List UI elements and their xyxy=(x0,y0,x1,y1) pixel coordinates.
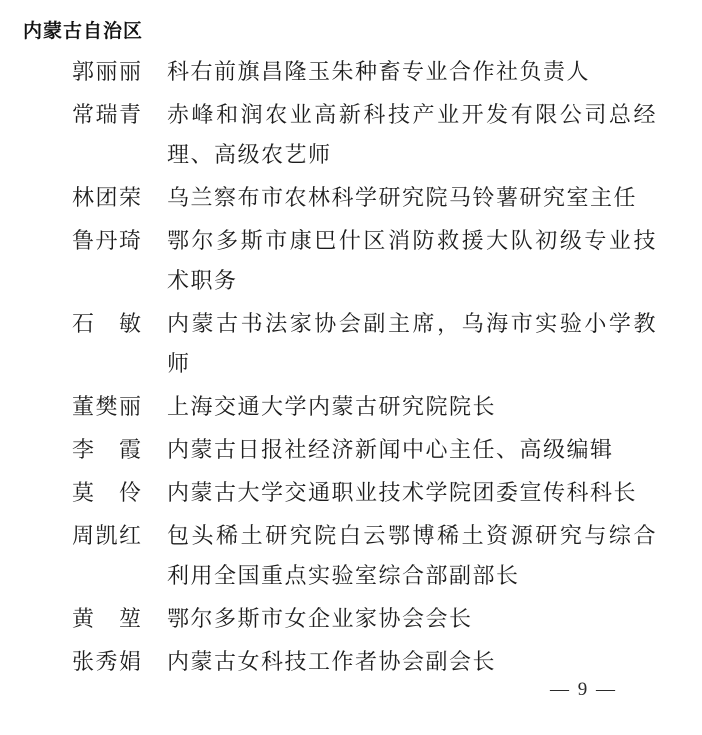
honoree-name: 莫 伶 xyxy=(72,473,144,513)
honoree-title: 包头稀土研究院白云鄂博稀土资源研究与综合利用全国重点实验室综合部副部长 xyxy=(167,516,657,596)
honoree-title: 内蒙古女科技工作者协会副会长 xyxy=(167,642,657,682)
list-item: 周凯红 包头稀土研究院白云鄂博稀土资源研究与综合利用全国重点实验室综合部副部长 xyxy=(72,516,657,596)
honoree-title: 鄂尔多斯市康巴什区消防救援大队初级专业技术职务 xyxy=(167,221,657,301)
list-item: 郭丽丽 科右前旗昌隆玉朱种畜专业合作社负责人 xyxy=(72,52,657,92)
honoree-title: 科右前旗昌隆玉朱种畜专业合作社负责人 xyxy=(167,52,657,92)
honoree-name: 鲁丹琦 xyxy=(72,221,144,261)
list-item: 黄 堃 鄂尔多斯市女企业家协会会长 xyxy=(72,599,657,639)
honoree-name: 黄 堃 xyxy=(72,599,144,639)
honoree-title: 内蒙古大学交通职业技术学院团委宣传科科长 xyxy=(167,473,657,513)
list-item: 石 敏 内蒙古书法家协会副主席，乌海市实验小学教师 xyxy=(72,304,657,384)
region-heading: 内蒙古自治区 xyxy=(23,16,143,43)
list-item: 莫 伶 内蒙古大学交通职业技术学院团委宣传科科长 xyxy=(72,473,657,513)
honoree-name: 张秀娟 xyxy=(72,642,144,682)
honoree-title: 赤峰和润农业高新科技产业开发有限公司总经理、高级农艺师 xyxy=(167,95,657,175)
honoree-name: 周凯红 xyxy=(72,516,144,556)
honoree-title: 鄂尔多斯市女企业家协会会长 xyxy=(167,599,657,639)
honoree-title: 乌兰察布市农林科学研究院马铃薯研究室主任 xyxy=(167,178,657,218)
list-item: 李 霞 内蒙古日报社经济新闻中心主任、高级编辑 xyxy=(72,430,657,470)
list-item: 常瑞青 赤峰和润农业高新科技产业开发有限公司总经理、高级农艺师 xyxy=(72,95,657,175)
honoree-name: 石 敏 xyxy=(72,304,144,344)
page-number: — 9 — xyxy=(550,679,617,701)
honoree-name: 郭丽丽 xyxy=(72,52,144,92)
document-page: 内蒙古自治区 郭丽丽 科右前旗昌隆玉朱种畜专业合作社负责人 常瑞青 赤峰和润农业… xyxy=(0,0,702,735)
honoree-list: 郭丽丽 科右前旗昌隆玉朱种畜专业合作社负责人 常瑞青 赤峰和润农业高新科技产业开… xyxy=(72,52,657,685)
honoree-name: 常瑞青 xyxy=(72,95,144,135)
list-item: 董樊丽 上海交通大学内蒙古研究院院长 xyxy=(72,387,657,427)
honoree-title: 上海交通大学内蒙古研究院院长 xyxy=(167,387,657,427)
list-item: 鲁丹琦 鄂尔多斯市康巴什区消防救援大队初级专业技术职务 xyxy=(72,221,657,301)
list-item: 张秀娟 内蒙古女科技工作者协会副会长 xyxy=(72,642,657,682)
honoree-name: 董樊丽 xyxy=(72,387,144,427)
honoree-title: 内蒙古书法家协会副主席，乌海市实验小学教师 xyxy=(167,304,657,384)
list-item: 林团荣 乌兰察布市农林科学研究院马铃薯研究室主任 xyxy=(72,178,657,218)
honoree-title: 内蒙古日报社经济新闻中心主任、高级编辑 xyxy=(167,430,657,470)
honoree-name: 李 霞 xyxy=(72,430,144,470)
honoree-name: 林团荣 xyxy=(72,178,144,218)
